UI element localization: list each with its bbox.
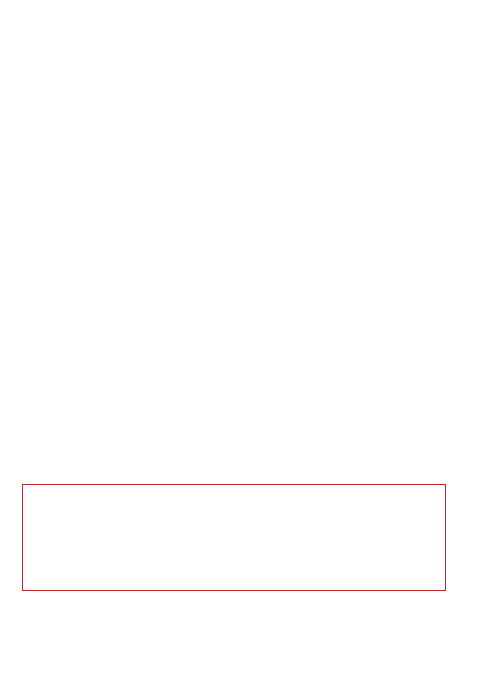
text-line — [30, 124, 466, 153]
text-line — [30, 8, 466, 37]
text-line — [66, 182, 466, 211]
text-line — [30, 327, 466, 356]
text-line — [30, 298, 466, 327]
text-line — [30, 211, 466, 240]
text-line — [30, 95, 466, 124]
text-line — [30, 37, 466, 66]
text-line — [30, 240, 466, 269]
text-line — [66, 356, 466, 385]
text-line — [30, 385, 466, 414]
text-line — [30, 269, 466, 298]
text-line — [30, 443, 466, 472]
text-line — [30, 66, 466, 95]
judgment-document-page — [0, 0, 500, 680]
text-line — [30, 153, 466, 182]
text-line — [30, 414, 466, 443]
spacer — [185, 531, 445, 560]
verdict-intro — [30, 496, 466, 525]
